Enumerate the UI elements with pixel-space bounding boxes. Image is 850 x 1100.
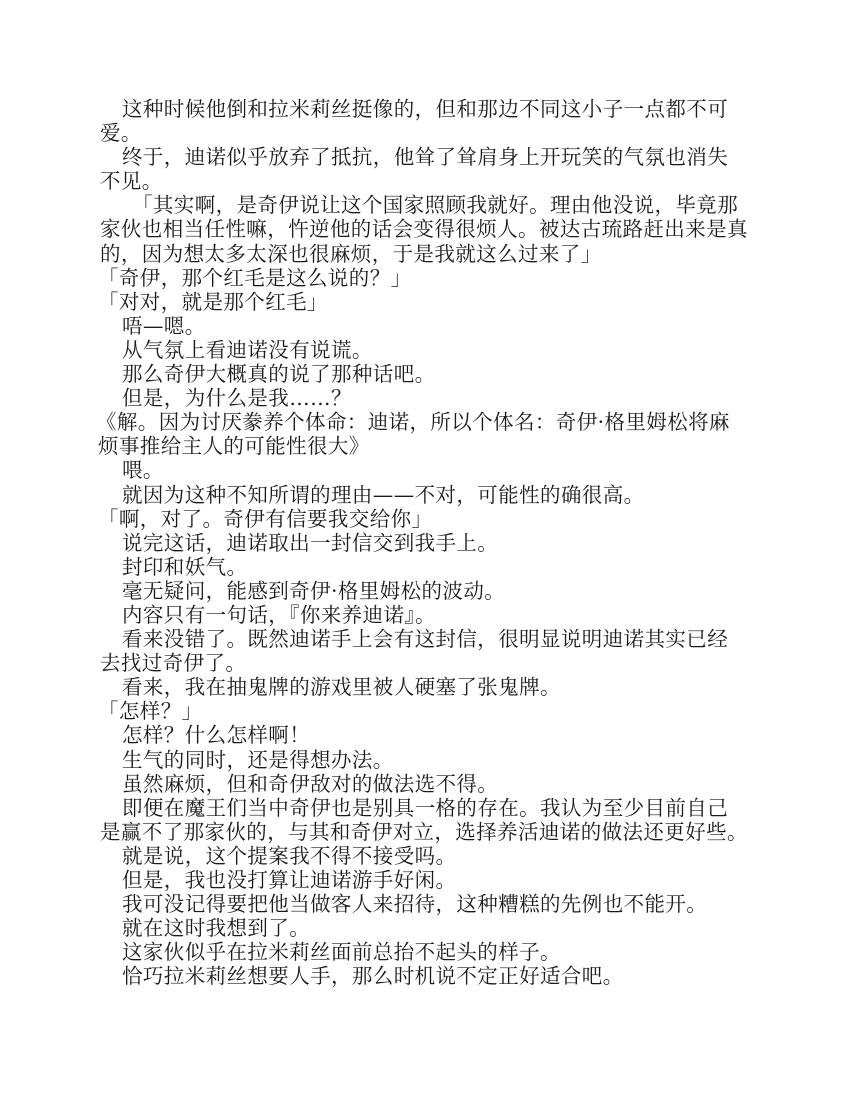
paragraph: 我可没记得要把他当做客人来招待，这种糟糕的先例也不能开。 xyxy=(100,892,748,916)
answer-paragraph: 《解。因为讨厌豢养个体命：迪诺，所以个体名：奇伊·格里姆松将麻烦事推给主人的可能… xyxy=(98,410,748,458)
paragraph: 那么奇伊大概真的说了那种话吧。 xyxy=(100,362,748,386)
paragraph: 从气氛上看迪诺没有说谎。 xyxy=(100,338,748,362)
paragraph: 即便在魔王们当中奇伊也是别具一格的存在。我认为至少目前自己是赢不了那家伙的，与其… xyxy=(100,796,748,844)
dialogue-paragraph: 「对对，就是那个红毛」 xyxy=(98,290,748,314)
paragraph: 虽然麻烦，但和奇伊敌对的做法选不得。 xyxy=(100,772,748,796)
paragraph: 就在这时我想到了。 xyxy=(100,916,748,940)
paragraph: 看来，我在抽鬼牌的游戏里被人硬塞了张鬼牌。 xyxy=(100,675,748,699)
paragraph: 怎样？什么怎样啊！ xyxy=(100,723,748,747)
paragraph: 这家伙似乎在拉米莉丝面前总抬不起头的样子。 xyxy=(100,940,748,964)
paragraph: 终于，迪诺似乎放弃了抵抗，他耸了耸肩身上开玩笑的气氛也消失不见。 xyxy=(100,145,748,193)
document-page: 这种时候他倒和拉米莉丝挺像的，但和那边不同这小子一点都不可爱。 终于，迪诺似乎放… xyxy=(100,97,748,988)
paragraph: 毫无疑问，能感到奇伊·格里姆松的波动。 xyxy=(100,579,748,603)
paragraph: 喂。 xyxy=(100,458,748,482)
paragraph: 但是，为什么是我……？ xyxy=(100,386,748,410)
paragraph: 生气的同时，还是得想办法。 xyxy=(100,748,748,772)
dialogue-paragraph: 「奇伊，那个红毛是这么说的？」 xyxy=(98,266,748,290)
paragraph: 恰巧拉米莉丝想要人手，那么时机说不定正好适合吧。 xyxy=(100,964,748,988)
paragraph: 说完这话，迪诺取出一封信交到我手上。 xyxy=(100,531,748,555)
dialogue-paragraph: 「怎样？」 xyxy=(98,699,748,723)
paragraph: 这种时候他倒和拉米莉丝挺像的，但和那边不同这小子一点都不可爱。 xyxy=(100,97,748,145)
paragraph: 但是，我也没打算让迪诺游手好闲。 xyxy=(100,868,748,892)
paragraph: 内容只有一句话，『你来养迪诺』。 xyxy=(100,603,748,627)
dialogue-paragraph: 「其实啊，是奇伊说让这个国家照顾我就好。理由他没说，毕竟那家伙也相当任性嘛，忤逆… xyxy=(100,193,748,265)
paragraph: 封印和妖气。 xyxy=(100,555,748,579)
paragraph: 看来没错了。既然迪诺手上会有这封信，很明显说明迪诺其实已经去找过奇伊了。 xyxy=(100,627,748,675)
paragraph: 就是说，这个提案我不得不接受吗。 xyxy=(100,844,748,868)
dialogue-paragraph: 「啊，对了。奇伊有信要我交给你」 xyxy=(98,507,748,531)
paragraph: 就因为这种不知所谓的理由——不对，可能性的确很高。 xyxy=(100,483,748,507)
paragraph: 唔—嗯。 xyxy=(100,314,748,338)
